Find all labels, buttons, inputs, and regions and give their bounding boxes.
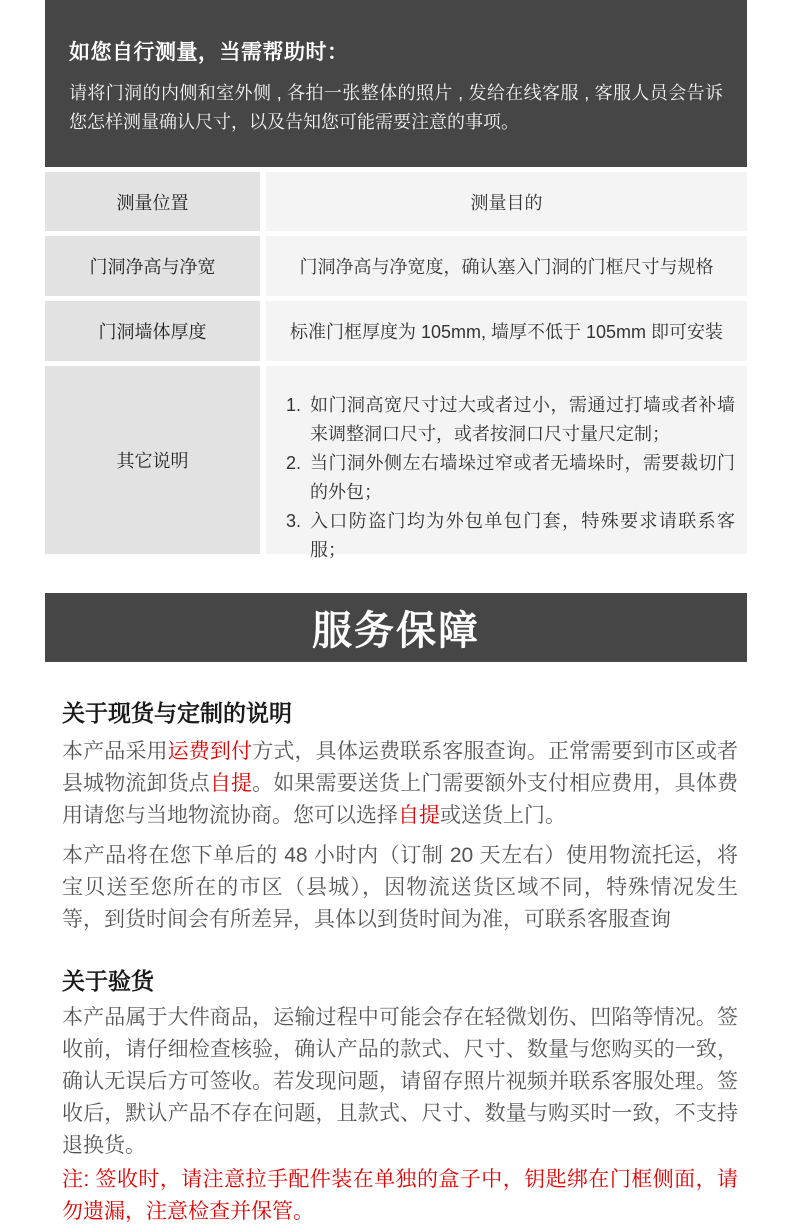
shipping-paragraph-1: 本产品采用运费到付方式，具体运费联系客服查询。正常需要到市区或者县城物流卸货点自… xyxy=(62,736,738,832)
row-label-other-notes: 其它说明 xyxy=(45,366,260,554)
inspection-paragraph: 本产品属于大件商品，运输过程中可能会存在轻微划伤、凹陷等情况。签收前，请仔细检查… xyxy=(62,1002,738,1162)
inspection-section: 关于验货 本产品属于大件商品，运输过程中可能会存在轻微划伤、凹陷等情况。签收前，… xyxy=(62,963,738,1224)
list-item-number: 2. xyxy=(286,449,310,507)
text-segment: 或送货上门。 xyxy=(440,804,566,827)
measure-help-title: 如您自行测量，当需帮助时： xyxy=(69,36,723,66)
row-label-door-size: 门洞净高与净宽 xyxy=(45,236,260,296)
table-header-row: 测量位置 测量目的 xyxy=(45,172,747,231)
table-row: 门洞墙体厚度 标准门框厚度为 105mm, 墙厚不低于 105mm 即可安装 xyxy=(45,301,747,361)
row-label-wall-thickness: 门洞墙体厚度 xyxy=(45,301,260,361)
row-detail-wall-thickness: 标准门框厚度为 105mm, 墙厚不低于 105mm 即可安装 xyxy=(266,301,747,361)
list-item: 3. 入口防盗门均为外包单包门套，特殊要求请联系客服； xyxy=(286,507,735,565)
highlight-freight-collect: 运费到付 xyxy=(168,740,253,763)
table-header-position: 测量位置 xyxy=(45,172,260,231)
list-item-text: 入口防盗门均为外包单包门套，特殊要求请联系客服； xyxy=(310,507,735,565)
shipping-heading: 关于现货与定制的说明 xyxy=(62,695,738,728)
list-item-number: 3. xyxy=(286,507,310,565)
table-row: 其它说明 1. 如门洞高宽尺寸过大或者过小，需通过打墙或者补墙来调整洞口尺寸，或… xyxy=(45,366,747,554)
list-item: 2. 当门洞外侧左右墙垛过窄或者无墙垛时，需要裁切门的外包； xyxy=(286,449,735,507)
text-segment: 本产品采用 xyxy=(62,740,168,763)
measure-help-body: 请将门洞的内侧和室外侧 , 各拍一张整体的照片 , 发给在线客服 , 客服人员会… xyxy=(69,79,723,137)
measure-table: 测量位置 测量目的 门洞净高与净宽 门洞净高与净宽度，确认塞入门洞的门框尺寸与规… xyxy=(45,172,747,554)
list-item: 1. 如门洞高宽尺寸过大或者过小，需通过打墙或者补墙来调整洞口尺寸，或者按洞口尺… xyxy=(286,391,735,449)
inspection-heading: 关于验货 xyxy=(62,963,738,996)
row-detail-door-size: 门洞净高与净宽度，确认塞入门洞的门框尺寸与规格 xyxy=(266,236,747,296)
table-header-purpose: 测量目的 xyxy=(266,172,747,231)
row-detail-other-notes: 1. 如门洞高宽尺寸过大或者过小，需通过打墙或者补墙来调整洞口尺寸，或者按洞口尺… xyxy=(266,366,747,554)
service-guarantee-title: 服务保障 xyxy=(312,599,480,656)
list-item-number: 1. xyxy=(286,391,310,449)
highlight-self-pickup: 自提 xyxy=(210,772,252,795)
highlight-self-pickup: 自提 xyxy=(398,804,440,827)
list-item-text: 当门洞外侧左右墙垛过窄或者无墙垛时，需要裁切门的外包； xyxy=(310,449,735,507)
list-item-text: 如门洞高宽尺寸过大或者过小，需通过打墙或者补墙来调整洞口尺寸，或者按洞口尺寸量尺… xyxy=(310,391,735,449)
shipping-section: 关于现货与定制的说明 本产品采用运费到付方式，具体运费联系客服查询。正常需要到市… xyxy=(62,695,738,936)
inspection-red-note: 注: 签收时，请注意拉手配件装在单独的盒子中，钥匙绑在门框侧面，请勿遗漏，注意检… xyxy=(62,1164,738,1224)
shipping-paragraph-2: 本产品将在您下单后的 48 小时内（订制 20 天左右）使用物流托运，将宝贝送至… xyxy=(62,840,738,936)
product-detail-page: 如您自行测量，当需帮助时： 请将门洞的内侧和室外侧 , 各拍一张整体的照片 , … xyxy=(0,0,790,1224)
measure-help-panel: 如您自行测量，当需帮助时： 请将门洞的内侧和室外侧 , 各拍一张整体的照片 , … xyxy=(45,0,747,167)
table-row: 门洞净高与净宽 门洞净高与净宽度，确认塞入门洞的门框尺寸与规格 xyxy=(45,236,747,296)
service-guarantee-banner: 服务保障 xyxy=(45,593,747,662)
